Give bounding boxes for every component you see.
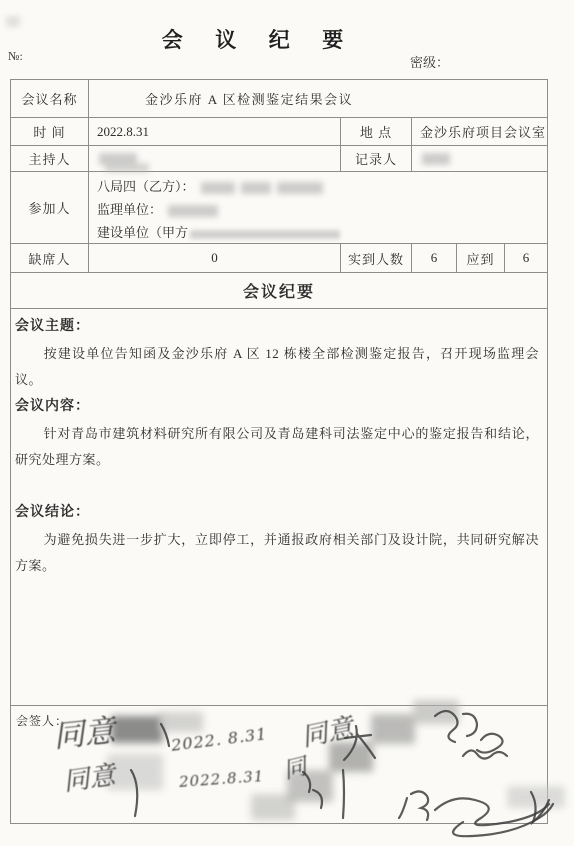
section-content-heading: 会议内容： — [15, 395, 90, 415]
absent-label: 缺席人 — [11, 244, 89, 273]
redaction-blur — [422, 153, 450, 165]
meeting-name-value: 金沙乐府 A 区检测鉴定结果会议 — [89, 80, 548, 118]
expected-value: 6 — [505, 244, 548, 273]
section-topic-body: 按建设单位告知函及金沙乐府 A 区 12 栋楼全部检测鉴定报告，召开现场监理会议… — [15, 341, 539, 393]
time-label: 时 间 — [11, 118, 89, 146]
countersign-row: 会签人： 同意 2022. 8.31 同意 同意 2022.8.31 同 — [11, 706, 548, 824]
section-topic-heading: 会议主题： — [15, 315, 90, 335]
section-conclusion-body: 为避免损失进一步扩大，立即停工，并通报政府相关部门及设计院，共同研究解决方案。 — [15, 527, 539, 579]
doc-number-label: №: — [8, 49, 23, 64]
redaction-blur — [190, 230, 340, 239]
participants-line-1: 八局四（乙方）： — [97, 175, 547, 198]
redaction-blur — [168, 205, 218, 217]
section-conclusion-heading: 会议结论： — [15, 501, 90, 521]
host-label: 主持人 — [11, 146, 89, 172]
expected-label: 应到 — [457, 244, 505, 273]
attended-label: 实到人数 — [341, 244, 412, 273]
minutes-band-title: 会议纪要 — [11, 273, 548, 309]
participants-line1-prefix: 八局四（乙方）： — [97, 179, 195, 194]
page-title: 会 议 纪 要 — [0, 24, 516, 54]
meeting-name-label: 会议名称 — [11, 80, 89, 118]
participants-line-2: 监理单位： — [97, 198, 547, 221]
place-label: 地 点 — [341, 118, 412, 146]
recorder-value-redacted — [412, 146, 548, 172]
participants-value: 八局四（乙方）： 监理单位： 建设单位（甲方 — [89, 172, 548, 244]
secrecy-level-label: 密级： — [410, 52, 449, 71]
absent-value: 0 — [89, 244, 341, 273]
redaction-blur — [277, 182, 323, 194]
participants-line2-prefix: 监理单位： — [97, 202, 162, 217]
participants-line-3: 建设单位（甲方 — [97, 221, 547, 244]
host-value-redacted — [89, 146, 341, 172]
participants-label: 参加人 — [11, 172, 89, 244]
time-value: 2022.8.31 — [89, 118, 341, 146]
recorder-label: 记录人 — [341, 146, 412, 172]
scanned-meeting-minutes-page: 会 议 纪 要 №: 密级： 会议名称 金沙乐府 A 区检测鉴定结果会议 时 间… — [0, 0, 574, 846]
minutes-table: 会议名称 金沙乐府 A 区检测鉴定结果会议 时 间 2022.8.31 地 点 … — [10, 79, 548, 824]
minutes-body: 会议主题： 按建设单位告知函及金沙乐府 A 区 12 栋楼全部检测鉴定报告，召开… — [11, 309, 548, 706]
redaction-blur — [201, 182, 235, 194]
redaction-blur — [105, 163, 149, 172]
participants-line3-prefix: 建设单位（甲方 — [97, 225, 188, 240]
signature-scribbles — [11, 706, 548, 824]
redaction-blur — [241, 182, 271, 194]
place-value: 金沙乐府项目会议室 — [412, 118, 548, 146]
section-content-body: 针对青岛市建筑材料研究所有限公司及青岛建科司法鉴定中心的鉴定报告和结论，研究处理… — [15, 421, 539, 473]
attended-value: 6 — [412, 244, 457, 273]
